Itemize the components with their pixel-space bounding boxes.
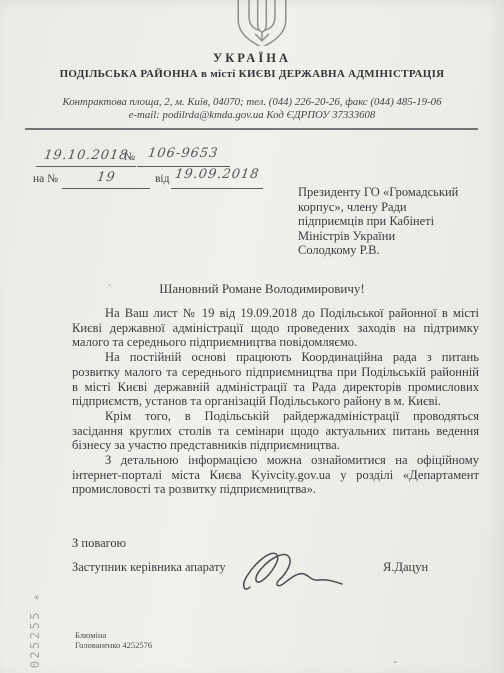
- incoming-date-handwritten: 19.09.2018: [174, 167, 261, 182]
- salutation: Шановний Романе Володимировичу!: [62, 281, 462, 297]
- incoming-number-handwritten: 19: [96, 170, 117, 185]
- trident-emblem-icon: [233, 0, 287, 46]
- letter-body: На Ваш лист № 19 від 19.09.2018 до Поділ…: [72, 306, 479, 497]
- header-divider: [25, 128, 478, 130]
- incoming-number-field: 19: [62, 168, 150, 189]
- incoming-number-label: на №: [33, 173, 58, 185]
- scan-speck: [108, 284, 111, 286]
- address-line: Контрактова площа, 2, м. Київ, 04070; те…: [0, 96, 504, 108]
- recipient-line: Міністрів України: [298, 229, 488, 244]
- incoming-date-field: 19.09.2018: [171, 165, 263, 189]
- recipient-line: Солодкому Р.В.: [298, 243, 488, 258]
- recipient-line: підприємців при Кабінеті: [298, 214, 488, 229]
- outgoing-number-field: 106-9653: [137, 144, 230, 167]
- signer-title: Заступник керівника апарату: [72, 560, 226, 575]
- scan-speck: [394, 661, 397, 663]
- organization-name: ПОДІЛЬСЬКА РАЙОННА в місті КИЄВІ ДЕРЖАВН…: [0, 68, 504, 80]
- registration-stamp: 025255 ⁎: [28, 589, 48, 671]
- country-title: УКРАЇНА: [0, 51, 504, 66]
- contacts-line: e-mail: podilrda@kmda.gov.ua Код ЄДРПОУ …: [0, 109, 504, 121]
- recipient-block: Президенту ГО «Громадський корпус», член…: [298, 185, 488, 258]
- scanned-letter-page: УКРАЇНА ПОДІЛЬСЬКА РАЙОННА в місті КИЄВІ…: [0, 0, 504, 673]
- closing-regards: З повагою: [72, 536, 126, 551]
- body-paragraph: На постійній основі працюють Координацій…: [72, 350, 479, 409]
- signer-name: Я.Дацун: [383, 560, 428, 575]
- outgoing-number-handwritten: 106-9653: [147, 146, 219, 161]
- body-paragraph: З детальною інформацією можна ознайомити…: [72, 453, 479, 497]
- executor-block: Блюміна Голованенко 4252576: [75, 630, 152, 650]
- number-sign-label: №: [124, 151, 135, 163]
- outgoing-date-handwritten: 19.10.2018: [43, 148, 130, 163]
- recipient-line: Президенту ГО «Громадський: [298, 185, 488, 200]
- body-paragraph: На Ваш лист № 19 від 19.09.2018 до Поділ…: [72, 306, 479, 350]
- body-paragraph: Крім того, в Подільській райдержадмініст…: [72, 409, 479, 453]
- recipient-line: корпус», члену Ради: [298, 200, 488, 215]
- outgoing-date-field: 19.10.2018: [36, 146, 136, 167]
- executor-name: Блюміна: [75, 630, 152, 640]
- signature: [240, 547, 346, 597]
- executor-contact: Голованенко 4252576: [75, 640, 152, 650]
- from-date-label: від: [155, 173, 169, 185]
